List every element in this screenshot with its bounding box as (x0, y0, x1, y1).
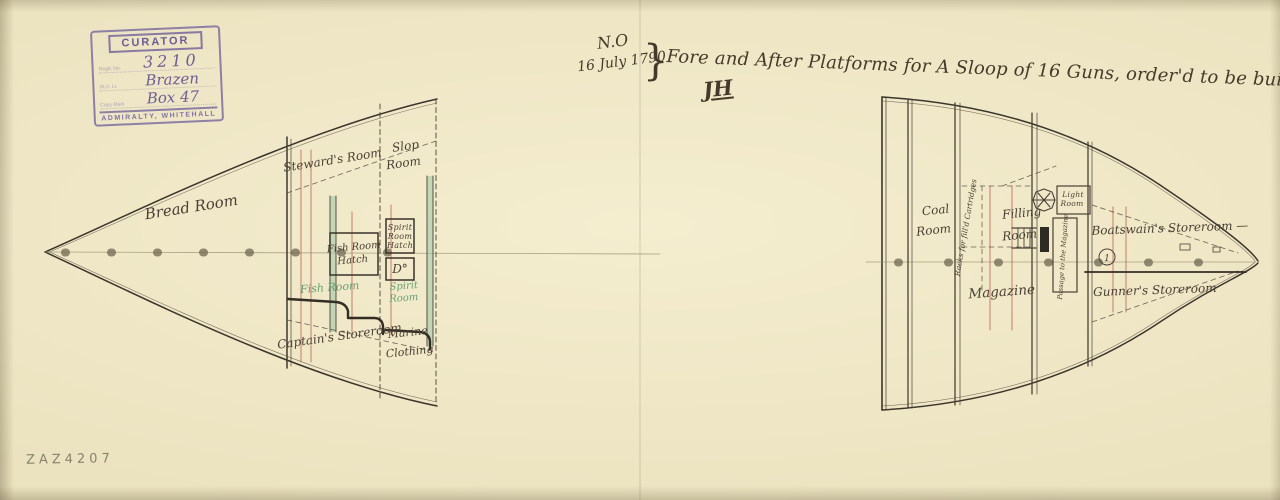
fore-green-bulkhead-2 (427, 176, 433, 346)
filling-room-label: Filling (1001, 204, 1042, 221)
fore-green-bulkhead-1 (330, 196, 336, 332)
magazine-label: Magazine (967, 282, 1036, 303)
fore-platform-drawing: Bread Room Steward's Room Slop Room Fish… (45, 99, 660, 406)
fore-hull-top-outline (45, 99, 437, 252)
aft-hull-top-inner-line (882, 101, 1255, 261)
fore-hull-top-inner-line (47, 103, 437, 253)
coal-room-label: Coal (921, 202, 950, 219)
passage-label: Passage to the Magazine (1056, 214, 1070, 301)
light-room-label: Light (1061, 190, 1084, 199)
fish-room-label: Fish Room (299, 279, 360, 296)
aft-small-fitting-1 (1180, 244, 1190, 250)
fish-room-hatch-label: Hatch (336, 254, 369, 268)
stewards-room-label: Steward's Room (282, 145, 382, 174)
cartridge-racks-label: Racks for fill'd Cartridges (952, 178, 978, 277)
ditto-label: D° (391, 262, 408, 276)
spirit-room-hatch-label: Room (387, 232, 413, 241)
marine-clothing-label: Clothing (385, 343, 434, 361)
ship-plan-sheet: CURATOR Regd. No. 3210 W.O. Lr. Brazen C… (0, 0, 1280, 500)
captains-storeroom-label: Captain's Storeroom (276, 320, 402, 351)
aft-small-fitting-2 (1213, 247, 1220, 252)
slop-room-label: Slop (391, 137, 420, 155)
spirit-room-hatch-label: Spirit (388, 223, 413, 232)
station-mark-number: 1 (1104, 254, 1110, 264)
slop-room-label: Room (384, 154, 421, 173)
after-platform-drawing: Coal Room Racks for fill'd Cartridges Fi… (866, 97, 1258, 410)
light-room-label: Room (1060, 199, 1084, 208)
coal-room-label: Room (915, 221, 952, 239)
spirit-room-hatch-label: Hatch (386, 241, 413, 250)
platform-drawings: Bread Room Steward's Room Slop Room Fish… (0, 0, 1280, 500)
spirit-room-label: Room (388, 292, 419, 305)
gunners-storeroom-label: Gunner's Storeroom (1093, 281, 1217, 299)
spirit-room-label: Spirit (389, 280, 419, 293)
boatswains-storeroom-label: Boatswain's Storeroom — (1090, 218, 1248, 238)
magazine-entry-steps (1040, 227, 1049, 252)
bread-room-label: Bread Room (142, 191, 239, 224)
